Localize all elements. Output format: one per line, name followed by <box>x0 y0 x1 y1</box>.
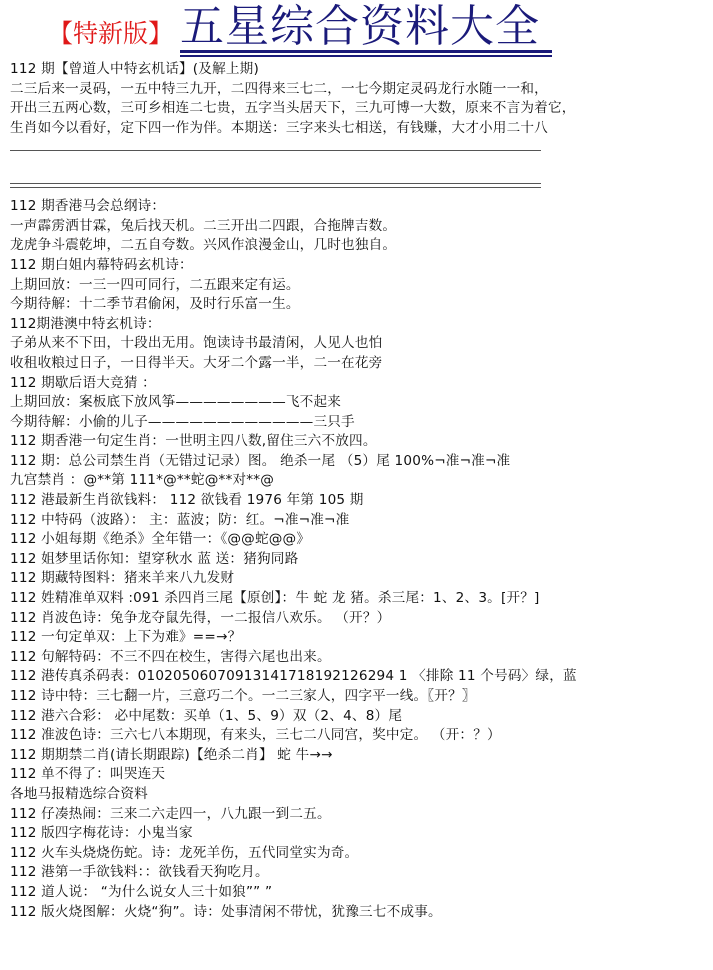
divider-bar <box>10 150 541 151</box>
text-line: 112 期：总公司禁生肖（无错过记录）图。 绝杀一尾 （5）尾 100%¬准¬准… <box>10 452 710 472</box>
text-line: 子弟从来不下田，十段出无用。饱读诗书最清闲，人见人也怕 <box>10 334 710 354</box>
divider-bar <box>10 187 541 188</box>
text-line: 112 港传真杀码表：01020506070913141718192126294… <box>10 667 710 687</box>
text-line: 112 单不得了：叫哭连天 <box>10 765 710 785</box>
text-line: 112 一句定单双：上下为难》==→？ <box>10 628 710 648</box>
divider-bar <box>10 183 541 184</box>
title-underline-secondary <box>180 55 552 57</box>
text-line: 112 诗中特：三七翻一片，三意巧二个。一二三家人，四字平一线。〖开？〗 <box>10 687 710 707</box>
text-line: 112 港第一手欲钱料：：欲钱看天狗吃月。 <box>10 863 710 883</box>
text-line: 112期港澳中特玄机诗： <box>10 315 710 335</box>
text-line: 各地马报精选综合资料 <box>10 785 710 805</box>
text-line: 112 期白姐内幕特码玄机诗： <box>10 256 710 276</box>
text-line: 112 版四字梅花诗：小鬼当家 <box>10 824 710 844</box>
text-line: 112 道人说： “为什么说女人三十如狼”” ” <box>10 883 710 903</box>
text-line: 九宫禁肖 ：@**第 111*@**蛇@**对**@ <box>10 471 710 491</box>
text-line: 112 肖波色诗：兔争龙夺鼠先得，一二报信八欢乐。 （开？） <box>10 609 710 629</box>
text-line: 112 火车头烧烧伤蛇。诗：龙死羊伤，五代同堂实为奇。 <box>10 844 710 864</box>
text-line: 收租收粮过日子，一日得半天。大牙二个露一半，二一在花旁 <box>10 354 710 374</box>
text-line: 112 姓精准单双料 :091 杀四肖三尾【原创】：牛 蛇 龙 猪。杀三尾：1、… <box>10 589 710 609</box>
text-line: 112 期期禁二肖(请长期跟踪)【绝杀二肖】 蛇 牛→→ <box>10 746 710 766</box>
divider-double <box>10 178 710 198</box>
text-line: 112 期歇后语大竞猜 ： <box>10 374 710 394</box>
title-underline <box>180 50 552 53</box>
divider-single <box>10 138 710 158</box>
text-line: 生肖如今以看好，定下四一作为伴。本期送：三字来头七相送，有钱赚，大才小用二十八 <box>10 119 710 139</box>
text-line: 112 版火烧图解：火烧“狗”。诗：处事清闲不带忧，犹豫三七不成事。 <box>10 903 710 923</box>
text-line: 112 小姐每期《绝杀》全年错一：《@@蛇@@》 <box>10 530 710 550</box>
page-header: 【特新版】 五星综合资料大全 <box>0 0 713 62</box>
text-line: 上期回放：一三一四可同行，二五跟来定有运。 <box>10 276 710 296</box>
text-line: 112 期藏特图料：猪来羊来八九发财 <box>10 569 710 589</box>
document-body: 112 期【曾道人中特玄机话】(及解上期)二三后来一灵码，一五中特三九开，二四得… <box>10 60 710 922</box>
text-line: 龙虎争斗震乾坤，二五自夸数。兴风作浪漫金山，几时也独自。 <box>10 236 710 256</box>
text-line: 112 中特码（波路）： 主：蓝波；防：红。¬准¬准¬准 <box>10 511 710 531</box>
text-line: 今期待解：十二季节君偷闲，及时行乐富一生。 <box>10 295 710 315</box>
text-line: 112 期【曾道人中特玄机话】(及解上期) <box>10 60 710 80</box>
text-line: 上期回放：案板底下放风筝————————飞不起来 <box>10 393 710 413</box>
text-line: 开出三五两心数，三可乡相连二七贵，五字当头居天下，三九可博一大数，原来不言为着它… <box>10 99 710 119</box>
text-line: 112 港最新生肖欲钱料： 112 欲钱看 1976 年第 105 期 <box>10 491 710 511</box>
blank-line <box>10 158 710 178</box>
text-line: 二三后来一灵码，一五中特三九开，二四得来三七二，一七今期定灵码龙行水随一一和， <box>10 80 710 100</box>
text-line: 今期待解：小偷的儿子————————————三只手 <box>10 413 710 433</box>
text-line: 一声霹雳洒甘霖，兔后找天机。二三开出二四跟，合拖牌吉数。 <box>10 217 710 237</box>
edition-badge: 【特新版】 <box>48 14 173 50</box>
text-line: 112 准波色诗：三六七八本期现，有来头，三七二八同宫，奖中定。 （开：？） <box>10 726 710 746</box>
text-line: 112 港六合彩： 必中尾数：买单（1、5、9）双（2、4、8）尾 <box>10 707 710 727</box>
text-line: 112 句解特码：不三不四在校生，害得六尾也出来。 <box>10 648 710 668</box>
text-line: 112 期香港一句定生肖：一世明主四八数,留住三六不放四。 <box>10 432 710 452</box>
text-line: 112 期香港马会总纲诗： <box>10 197 710 217</box>
text-line: 112 仔凑热闹：三来二六走四一，八九跟一到二五。 <box>10 805 710 825</box>
text-line: 112 姐梦里话你知：望穿秋水 蓝 送：猪狗同路 <box>10 550 710 570</box>
page-title: 五星综合资料大全 <box>180 2 540 52</box>
